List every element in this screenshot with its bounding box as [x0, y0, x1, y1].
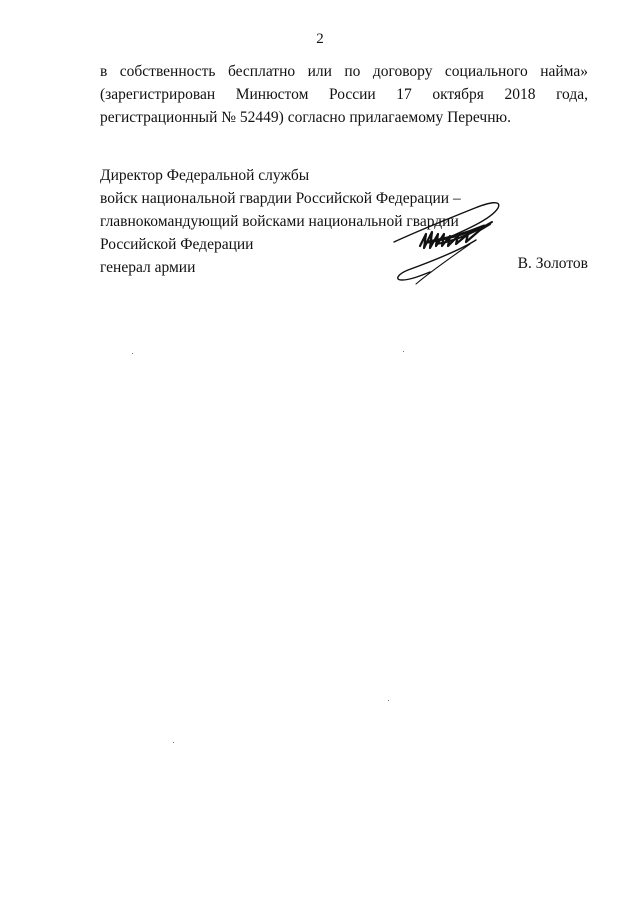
- handwritten-signature-icon: [380, 190, 510, 285]
- body-line: (зарегистрирован Минюстом России 17 октя…: [100, 83, 588, 106]
- scan-specks: [0, 0, 640, 905]
- signatory-title-line: Директор Федеральной службы: [100, 164, 590, 187]
- signatory-rank: генерал армии: [100, 256, 590, 279]
- body-line: в собственность бесплатно или по договор…: [100, 60, 588, 83]
- signatory-name: В. Золотов: [518, 252, 588, 275]
- body-paragraph: в собственность бесплатно или по договор…: [100, 60, 588, 129]
- signatory-title-line: главнокомандующий войсками национальной …: [100, 210, 590, 233]
- page-number: 2: [0, 30, 640, 48]
- signature-block: Директор Федеральной службы войск национ…: [100, 164, 590, 279]
- body-line: регистрационный № 52449) согласно прилаг…: [100, 106, 588, 129]
- signatory-title-line: войск национальной гвардии Российской Фе…: [100, 187, 590, 210]
- signatory-title-line: Российской Федерации: [100, 233, 590, 256]
